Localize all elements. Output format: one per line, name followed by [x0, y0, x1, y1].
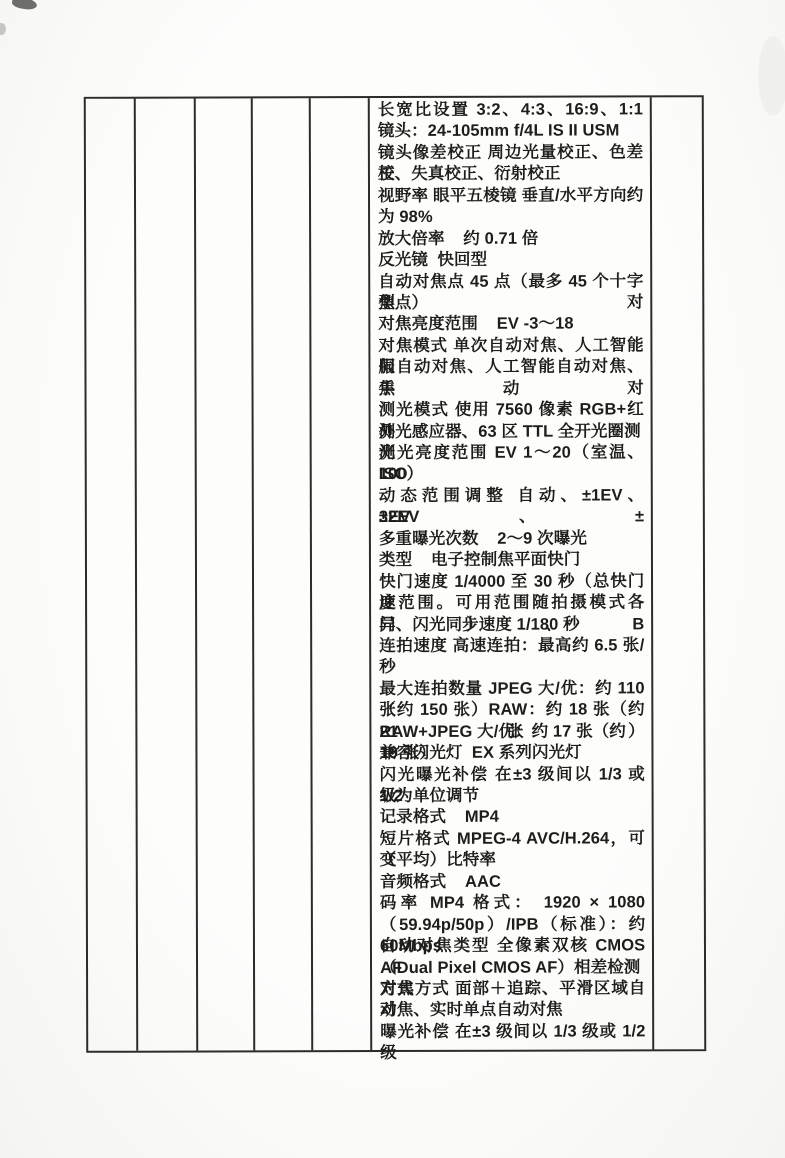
spec-line: 自动对焦类型 全像素双核 CMOS AF — [380, 935, 645, 957]
scanned-document-page: 长宽比设置 3:2、4:3、16:9、1:1镜头：24-105mm f/4L I… — [0, 0, 785, 1158]
spec-table: 长宽比设置 3:2、4:3、16:9、1:1镜头：24-105mm f/4L I… — [84, 95, 707, 1053]
spec-line: 类型 电子控制焦平面快门 — [379, 550, 644, 572]
spec-line: 视野率 眼平五棱镜 垂直/水平方向约 — [378, 185, 643, 207]
empty-table-column-5 — [311, 98, 372, 1050]
spec-line: 度范围。可用范围随拍摄模式各异）、B — [379, 592, 644, 614]
spec-line: 闪光曝光补偿 在±3 级间以 1/3 或 1/2 — [380, 764, 645, 786]
spec-line: 对焦方式 面部＋追踪、平滑区域自动 — [380, 978, 645, 1000]
spec-line: （平均）比特率 — [380, 850, 645, 872]
spec-line: 对焦、实时单点自动对焦 — [380, 1000, 645, 1022]
spec-text-cell: 长宽比设置 3:2、4:3、16:9、1:1镜头：24-105mm f/4L I… — [370, 97, 655, 1050]
spec-line: 对焦亮度范围 EV -3～18 — [378, 314, 643, 336]
scan-edge-shadow — [758, 36, 785, 116]
spec-line: （59.94p/50p）/IPB（标准）：约 60Mbps — [380, 914, 645, 936]
spec-line: 服自动对焦、人工智能自动对焦、手动对 — [378, 357, 643, 379]
spec-line: 镜头像差校正 周边光量校正、色差校 — [378, 142, 643, 164]
empty-table-column-2 — [136, 99, 199, 1051]
spec-line: 曝光补偿 在±3 级间以 1/3 级或 1/2 级 — [380, 1021, 645, 1043]
spec-line: 最大连拍数量 JPEG 大/优：约 110 张 — [379, 678, 644, 700]
spec-line: 连拍速度 高速连拍：最高约 6.5 张/ — [379, 635, 644, 657]
spec-line: 码率 MP4 格式： 1920 × 1080 — [380, 893, 645, 915]
spec-line: 快门速度 1/4000 至 30 秒（总快门速 — [379, 571, 644, 593]
spec-line: RAW+JPEG 大/优：约 17 张（约 19 张） — [379, 721, 644, 743]
spec-line: 记录格式 MP4 — [380, 807, 645, 829]
spec-line: 动态范围调整 自动、±1EV、±2EV、± — [379, 485, 644, 507]
spec-line: 反光镜 快回型 — [378, 249, 643, 271]
spec-line: 多重曝光次数 2～9 次曝光 — [379, 528, 644, 550]
spec-line: 短片格式 MPEG-4 AVC/H.264，可变 — [380, 828, 645, 850]
empty-table-column-3 — [196, 98, 255, 1050]
spec-line: 测光模式 使用 7560 像素 RGB+红外 — [379, 399, 644, 421]
spec-line: 秒 — [379, 657, 644, 679]
spec-line: 正、失真校正、衍射校正 — [378, 164, 643, 186]
spec-line: 对焦模式 单次自动对焦、人工智能伺 — [378, 335, 643, 357]
spec-line: 镜头：24-105mm f/4L IS II USM — [378, 121, 643, 143]
spec-line: 测光亮度范围 EV 1～20（室温、ISO — [379, 442, 644, 464]
spec-line: 100） — [379, 464, 644, 486]
spec-line: 长宽比设置 3:2、4:3、16:9、1:1 — [378, 99, 643, 121]
spec-line: 放大倍率 约 0.71 倍 — [378, 228, 643, 250]
spec-line: （Dual Pixel CMOS AF）相差检测方式 — [380, 957, 645, 979]
scan-smudge-artifact — [0, 23, 6, 35]
spec-line: 级为单位调节 — [380, 785, 645, 807]
empty-table-column-4 — [253, 98, 314, 1050]
spec-line: （约 150 张）RAW：约 18 张（约 21 张） — [379, 700, 644, 722]
spec-line: 音频格式 AAC — [380, 871, 645, 893]
spec-line: 自动对焦点 45 点（最多 45 个十字型对 — [378, 271, 643, 293]
empty-table-column-1 — [86, 99, 138, 1051]
spec-line: 兼容闪光灯 EX 系列闪光灯 — [379, 742, 644, 764]
spec-line: 测光感应器、63 区 TTL 全开光圈测光 — [379, 421, 644, 443]
empty-table-column-right — [652, 97, 704, 1049]
scan-smudge-artifact — [11, 0, 37, 11]
spec-line: 为 98% — [378, 207, 643, 229]
